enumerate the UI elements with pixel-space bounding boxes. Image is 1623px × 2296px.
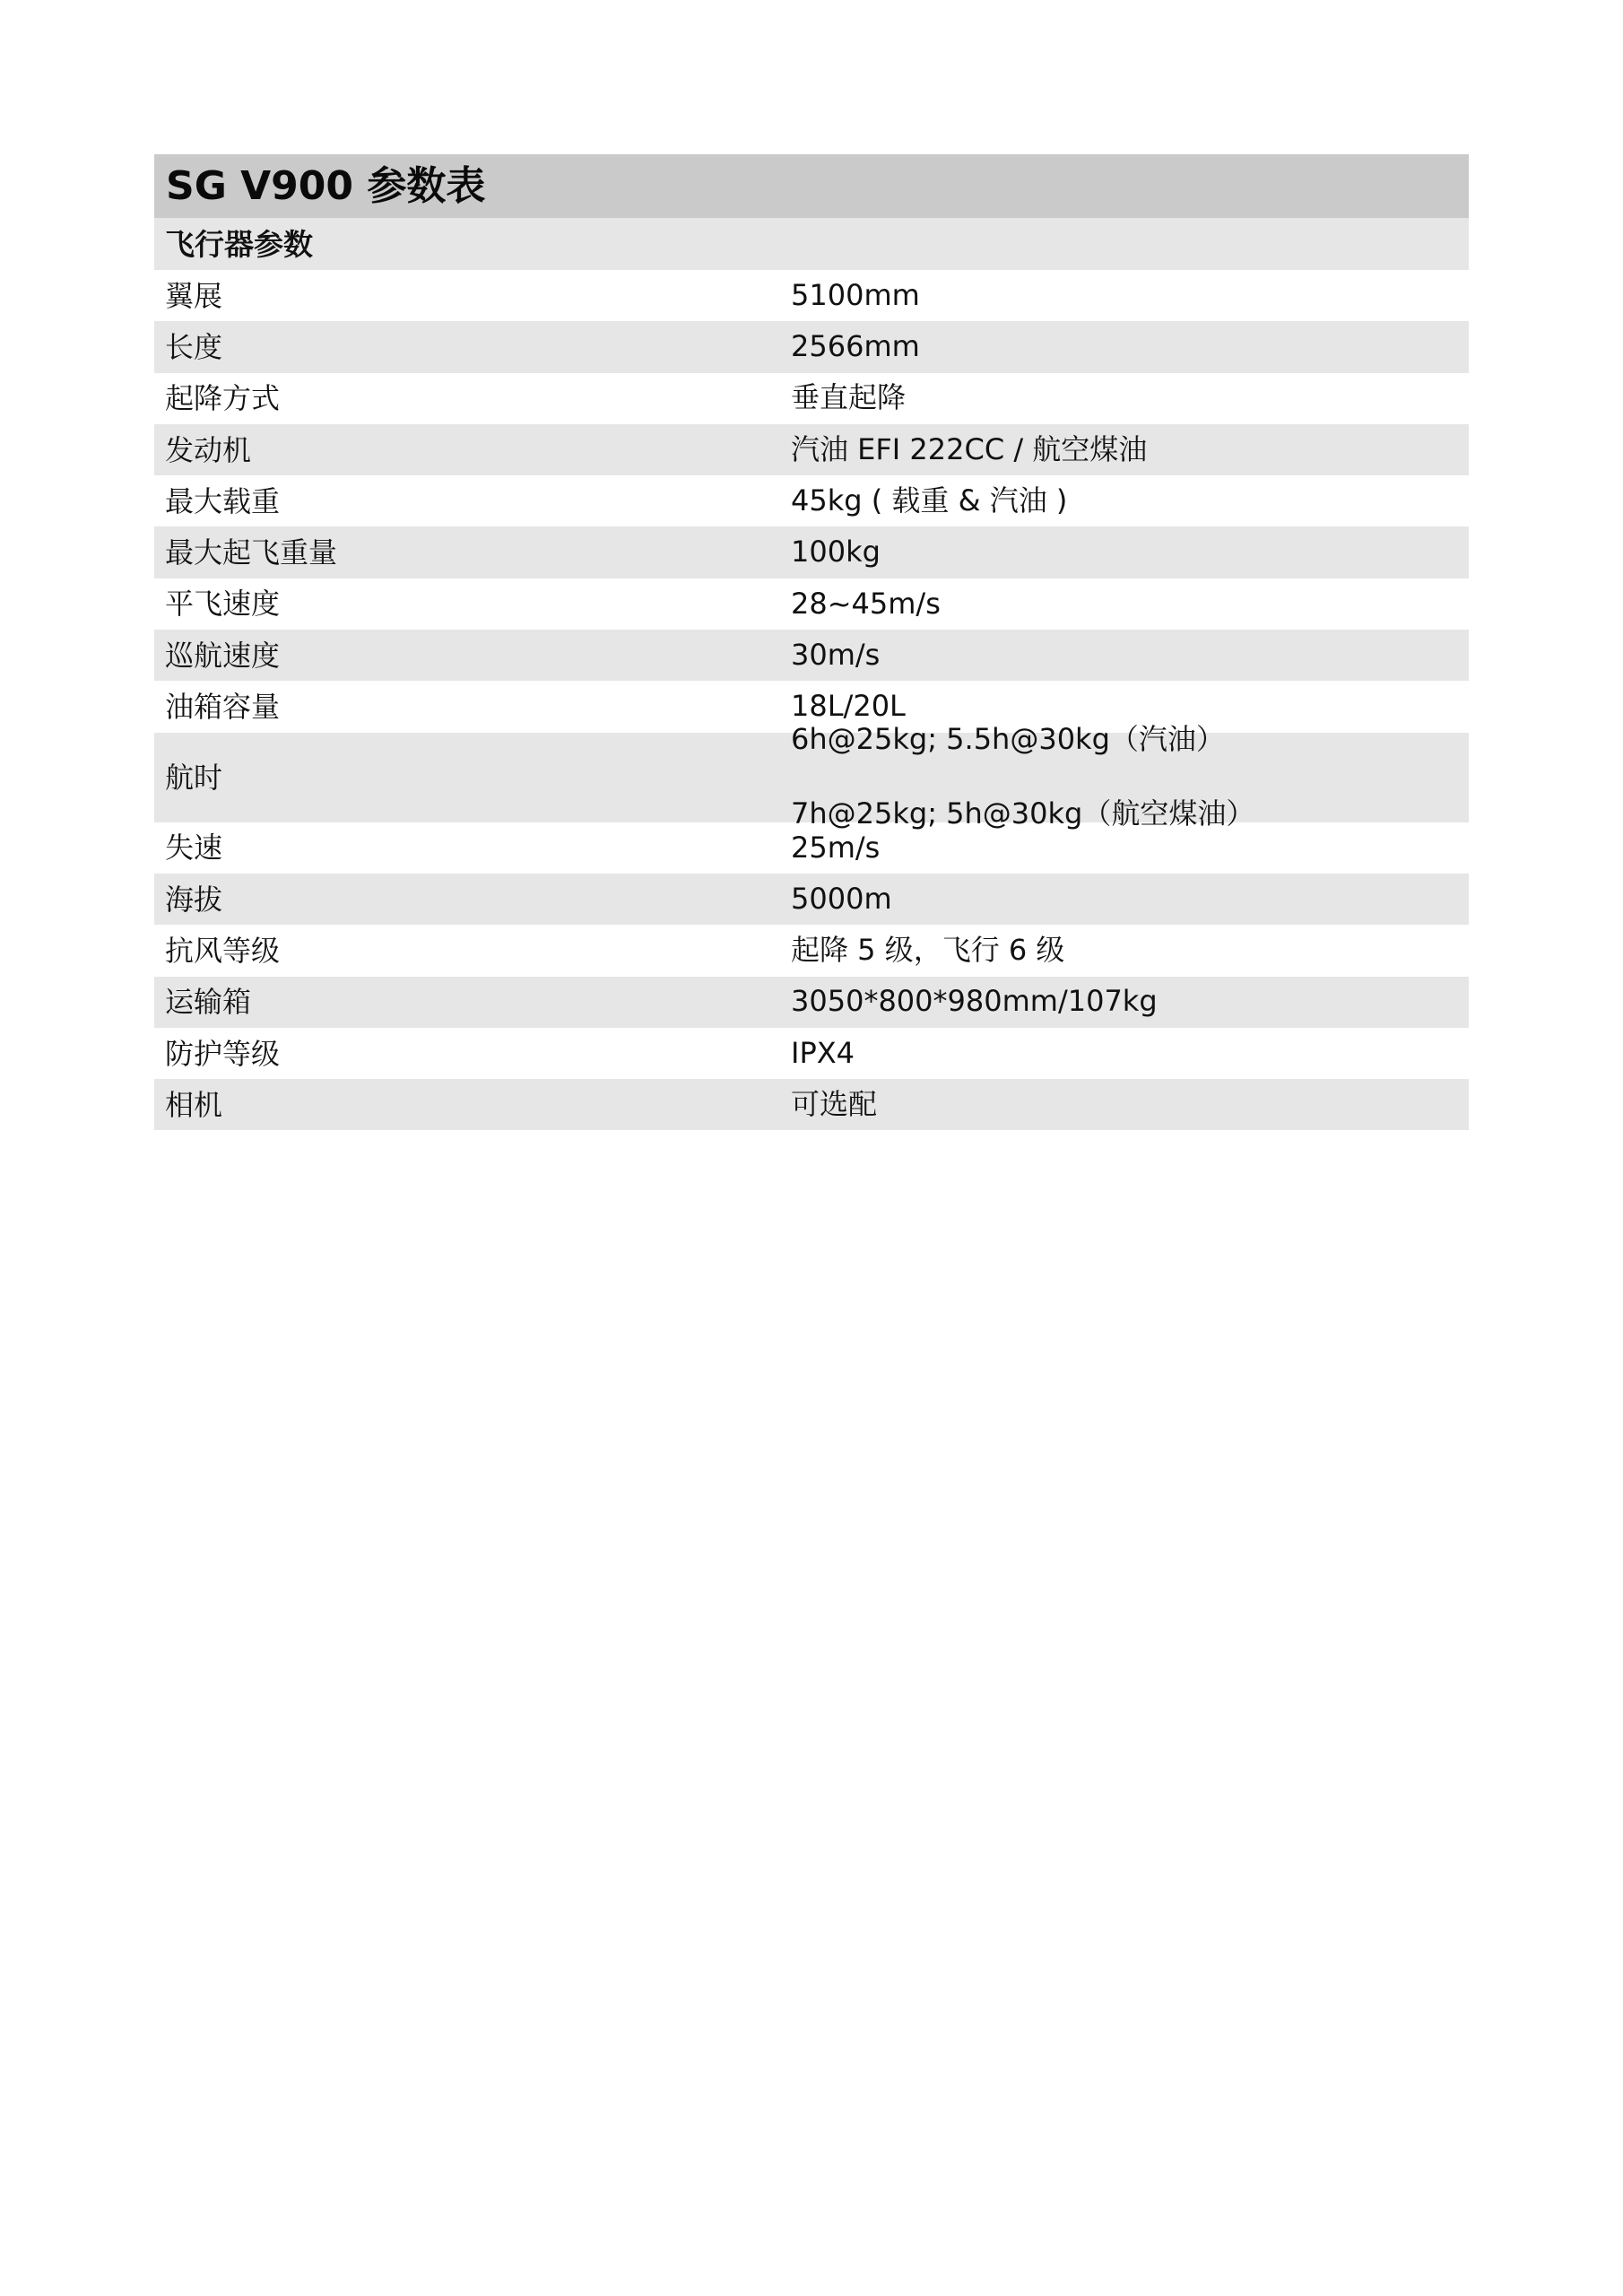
row-value: 汽油 EFI 222CC / 航空煤油 [791,431,1469,469]
row-label: 平飞速度 [154,586,791,622]
table-row: 失速 25m/s [154,822,1469,874]
row-value-line: 7h@25kg; 5h@30kg（航空煤油） [791,796,1469,833]
table-row: 翼展 5100mm [154,270,1469,321]
row-value: 起降 5 级，飞行 6 级 [791,932,1469,970]
table-row: 抗风等级 起降 5 级，飞行 6 级 [154,925,1469,976]
table-title-row: SG V900 参数表 [154,154,1469,218]
row-label: 抗风等级 [154,933,791,969]
row-label: 相机 [154,1087,791,1123]
row-value: 可选配 [791,1086,1469,1124]
document-page: SG V900 参数表 飞行器参数 翼展 5100mm 长度 2566mm 起降… [0,0,1623,2296]
row-label: 翼展 [154,278,791,314]
table-row: 起降方式 垂直起降 [154,373,1469,424]
table-row: 巡航速度 30m/s [154,630,1469,681]
table-row: 防护等级 IPX4 [154,1028,1469,1079]
row-label: 最大起飞重量 [154,535,791,570]
row-value: 垂直起降 [791,379,1469,417]
table-row: 航时 6h@25kg; 5.5h@30kg（汽油） 7h@25kg; 5h@30… [154,733,1469,822]
table-row: 最大载重 45kg ( 载重 & 汽油 ) [154,475,1469,526]
row-label: 巡航速度 [154,638,791,674]
row-label: 失速 [154,830,791,865]
row-label: 航时 [154,760,791,796]
row-value: 5100mm [791,277,1469,315]
table-row: 发动机 汽油 EFI 222CC / 航空煤油 [154,424,1469,475]
row-value: 45kg ( 载重 & 汽油 ) [791,483,1469,520]
table-row: 海拔 5000m [154,874,1469,925]
table-row: 长度 2566mm [154,321,1469,372]
row-value: 28~45m/s [791,586,1469,623]
row-label: 发动机 [154,432,791,468]
row-label: 油箱容量 [154,689,791,725]
row-value: 100kg [791,534,1469,571]
row-value: 2566mm [791,328,1469,366]
row-label: 长度 [154,329,791,365]
row-value: 30m/s [791,637,1469,674]
table-row: 相机 可选配 [154,1079,1469,1130]
row-value: 3050*800*980mm/107kg [791,983,1469,1021]
row-value-line: 6h@25kg; 5.5h@30kg（汽油） [791,721,1469,759]
row-label: 海拔 [154,882,791,918]
spec-table: SG V900 参数表 飞行器参数 翼展 5100mm 长度 2566mm 起降… [154,154,1469,1130]
section-header-row: 飞行器参数 [154,218,1469,270]
table-row: 平飞速度 28~45m/s [154,578,1469,630]
table-row: 最大起飞重量 100kg [154,526,1469,578]
row-label: 起降方式 [154,380,791,416]
row-label: 防护等级 [154,1036,791,1072]
row-value: 5000m [791,881,1469,918]
row-value: 25m/s [791,830,1469,867]
row-label: 运输箱 [154,984,791,1020]
table-title: SG V900 参数表 [166,167,485,206]
table-row: 运输箱 3050*800*980mm/107kg [154,977,1469,1028]
section-title: 飞行器参数 [165,230,313,259]
row-value: IPX4 [791,1035,1469,1073]
row-label: 最大载重 [154,483,791,519]
